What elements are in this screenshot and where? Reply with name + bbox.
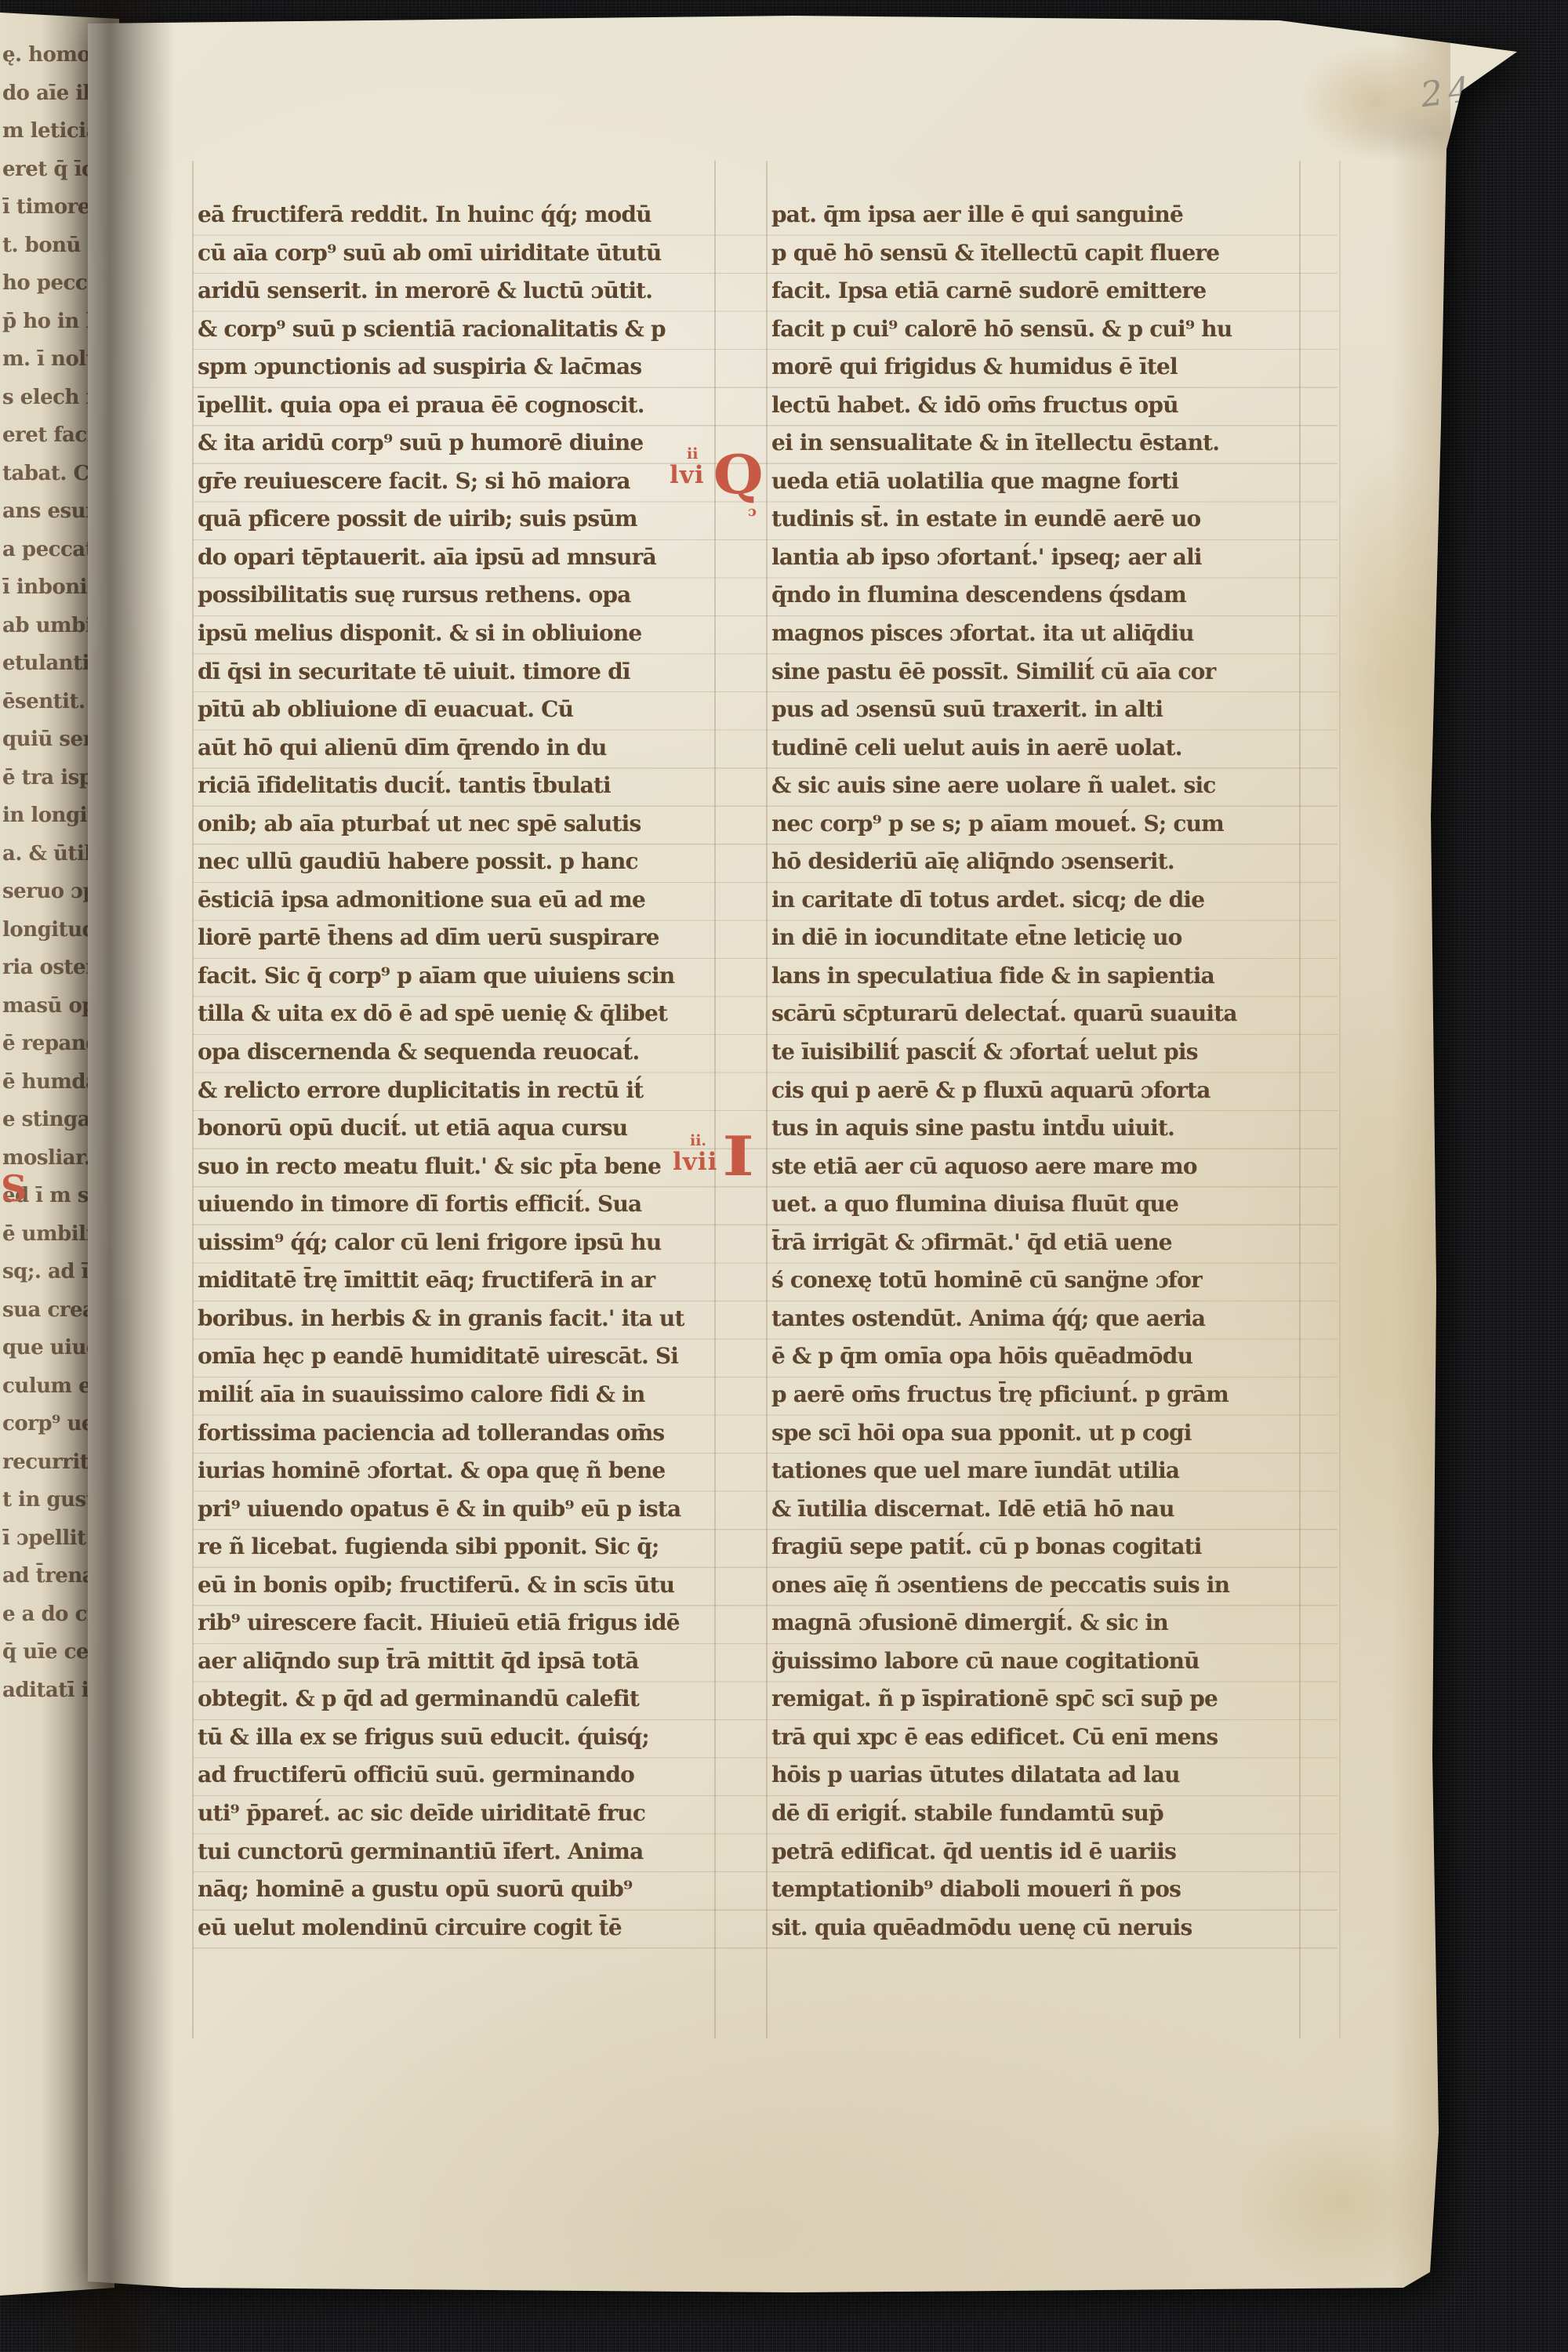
manuscript-text-line: liorē partē t̄hens ad dīm uerū suspirare — [198, 919, 721, 957]
manuscript-text-line: nec ullū gaudiū habere possit. p hanc — [198, 843, 721, 881]
manuscript-text-line: ueda etiā uolatilia que magne forti — [771, 463, 1320, 501]
manuscript-text-line: scārū sc̄pturarū delectat́. quarū suauit… — [771, 995, 1320, 1033]
manuscript-text-line: onib; ab aīa pturbat́ ut nec spē salutis — [198, 805, 721, 844]
manuscript-text-line: lans in speculatiua fide & in sapientia — [771, 957, 1320, 996]
manuscript-text-line: spm ɔpunctionis ad suspiria & lac̄mas — [198, 348, 721, 387]
manuscript-text-line: do opari tēptauerit. aīa ipsū ad mnsurā — [198, 539, 721, 577]
manuscript-text-line: dē dī erigit́. stabile fundamtū sup̄ — [771, 1795, 1320, 1833]
text-column-1: eā fructiferā reddit. In huinc q́q́; mod… — [198, 196, 721, 1947]
text-column-2: pat. q̄m ipsa aer ille ē qui sanguinēp q… — [771, 196, 1320, 1947]
manuscript-text-line: fortissima paciencia ad tollerandas om̄s — [198, 1414, 721, 1453]
manuscript-text-line: g̈uissimo labore cū naue cogitationū — [771, 1642, 1320, 1681]
manuscript-text-line: quā pficere possit de uirib; suis psūm — [198, 500, 721, 539]
manuscript-text-line: opa discernenda & sequenda reuocat́. — [198, 1033, 721, 1072]
manuscript-text-line: dī q̄si in securitate tē uiuit. timore d… — [198, 653, 721, 691]
chapter-marker-lvi-superscript: ii — [687, 445, 698, 463]
manuscript-text-line: nāq; hominē a gustu opū suorū quib⁹ — [198, 1871, 721, 1909]
manuscript-text-line: facit p cui⁹ calorē hō sensū. & p cui⁹ h… — [771, 310, 1320, 349]
manuscript-text-line: facit. Ipsa etiā carnē sudorē emittere — [771, 272, 1320, 310]
manuscript-text-line: uet. a quo flumina diuisa fluūt que — [771, 1185, 1320, 1224]
manuscript-text-line: aūt hō qui alienū dīm q̄rendo in du — [198, 729, 721, 768]
manuscript-text-line: ad fructiferū officiū suū. germinando — [198, 1756, 721, 1795]
manuscript-text-line: sit. quia quēadmōdu uenę cū neruis — [771, 1909, 1320, 1947]
manuscript-text-line: tudinis st̄. in estate in eundē aerē uo — [771, 500, 1320, 539]
manuscript-text-line: aridū senserit. in merorē & luctū ɔūtit. — [198, 272, 721, 310]
manuscript-text-line: & relicto errore duplicitatis in rectū i… — [198, 1072, 721, 1110]
manuscript-text-line: obtegit. & p q̄d ad germinandū calefit — [198, 1680, 721, 1719]
manuscript-text-line: sine pastu ēē possīt. Similit́ cū aīa co… — [771, 653, 1320, 691]
manuscript-text-line: eā fructiferā reddit. In huinc q́q́; mod… — [198, 196, 721, 234]
manuscript-text-line: uiuendo in timore dī fortis efficit́. Su… — [198, 1185, 721, 1224]
manuscript-text-line: re ñ licebat. fugienda sibi pponit. Sic … — [198, 1528, 721, 1566]
red-initial-q: Q — [713, 448, 764, 502]
red-initial-i: I — [722, 1127, 754, 1185]
manuscript-text-line: cis qui p aerē & p fluxū aquarū ɔforta — [771, 1072, 1320, 1110]
manuscript-photo: ę. homo q̄pe qui freqdo aīe ibono opostē… — [0, 0, 1568, 2352]
manuscript-text-line: hōis p uarias ūtutes dilatata ad lau — [771, 1756, 1320, 1795]
manuscript-text-line: omīa hęc p eandē humiditatē uirescāt. Si — [198, 1338, 721, 1376]
manuscript-text-line: cū aīa corp⁹ suū ab omī uiriditate ūtutū — [198, 234, 721, 273]
manuscript-text-line: ste etiā aer cū aquoso aere mare mo — [771, 1148, 1320, 1186]
manuscript-text-line: eū uelut molendinū circuire cogit t̄ē — [198, 1909, 721, 1947]
manuscript-text-line: fragiū sepe patit́. cū p bonas cogitati — [771, 1528, 1320, 1566]
manuscript-text-line: in diē in iocunditate et̄ne leticię uo — [771, 919, 1320, 957]
manuscript-text-line: tus in aquis sine pastu intd̄u uiuit. — [771, 1109, 1320, 1148]
manuscript-text-line: pat. q̄m ipsa aer ille ē qui sanguinē — [771, 196, 1320, 234]
manuscript-text-line: in caritate dī totus ardet. sicq; de die — [771, 881, 1320, 920]
manuscript-text-line: lantia ab ipso ɔfortant́.' ipseq; aer al… — [771, 539, 1320, 577]
manuscript-text-line: milit́ aīa in suauissimo calore fidi & i… — [198, 1376, 721, 1414]
manuscript-text-line: spe scī hōi opa sua pponit. ut p cogi — [771, 1414, 1320, 1453]
manuscript-text-line: uti⁹ p̄paret́. ac sic deīde uiriditatē f… — [198, 1795, 721, 1833]
manuscript-text-line: morē qui frigidus & humidus ē ītel — [771, 348, 1320, 387]
manuscript-text-line: tilla & uita ex dō ē ad spē uenię & q̄li… — [198, 995, 721, 1033]
manuscript-text-line: magnā ɔfusionē dimergit́. & sic in — [771, 1604, 1320, 1642]
manuscript-text-line: ei in sensualitate & in ītellectu ēstant… — [771, 424, 1320, 463]
manuscript-text-line: gr̄e reuiuescere facit. S; si hō maiora — [198, 463, 721, 501]
manuscript-text-line: remigat. ñ p īspirationē spc̄ scī sup̄ p… — [771, 1680, 1320, 1719]
manuscript-text-line: tationes que uel mare īundāt utilia — [771, 1452, 1320, 1490]
manuscript-text-line: facit. Sic q̄ corp⁹ p aīam que uiuiens s… — [198, 957, 721, 996]
manuscript-text-line: pus ad ɔsensū suū traxerit. in alti — [771, 691, 1320, 729]
manuscript-text-line: riciā īfidelitatis ducit́. tantis t̄bula… — [198, 767, 721, 805]
manuscript-text-line: magnos pisces ɔfortat. ita ut aliq̄diu — [771, 615, 1320, 653]
manuscript-text-line: bonorū opū ducit́. ut etiā aqua cursu — [198, 1109, 721, 1148]
manuscript-text-line: tantes ostendūt. Anima q́q́; que aeria — [771, 1300, 1320, 1338]
manuscript-text-line: tū & illa ex se frigus suū educit. q́uis… — [198, 1719, 721, 1757]
manuscript-text-line: īpellit. quia opa ei praua ēē cognoscit. — [198, 387, 721, 425]
manuscript-text-line: tui cunctorū germinantiū īfert. Anima — [198, 1833, 721, 1871]
manuscript-text-line: hō desideriū aīę aliq̄ndo ɔsenserit. — [771, 843, 1320, 881]
speck — [1458, 1820, 1466, 1833]
manuscript-text-line: pītū ab obliuione dī euacuat. Cū — [198, 691, 721, 729]
ruling-line-col2-left — [766, 161, 768, 2038]
manuscript-text-line: rib⁹ uirescere facit. Hiuieū etiā frigus… — [198, 1604, 721, 1642]
red-tie-mark: ɔ — [748, 503, 757, 520]
manuscript-text-line: & sic auis sine aere uolare ñ ualet. sic — [771, 767, 1320, 805]
manuscript-page: eā fructiferā reddit. In huinc q́q́; mod… — [88, 16, 1537, 2296]
manuscript-text-line: tudinē celi uelut auis in aerē uolat. — [771, 729, 1320, 768]
manuscript-text-line: t̄rā irrigāt & ɔfirmāt.' q̄d etiā uene — [771, 1224, 1320, 1262]
chapter-marker-lvi: lvi ii — [670, 461, 705, 489]
manuscript-text-line: ones aīę ñ ɔsentiens de peccatis suis in — [771, 1566, 1320, 1605]
manuscript-text-line: q̄ndo in flumina descendens q́sdam — [771, 576, 1320, 615]
ruling-line-outer — [1339, 161, 1341, 2038]
manuscript-text-line: p aerē om̄s fructus t̄rę pficiunt́. p gr… — [771, 1376, 1320, 1414]
manuscript-text-line: possibilitatis suę rursus rethens. opa — [198, 576, 721, 615]
manuscript-text-line: pri⁹ uiuendo opatus ē & in quib⁹ eū p is… — [198, 1490, 721, 1529]
manuscript-text-line: suo in recto meatu fluit.' & sic pt̄a be… — [198, 1148, 721, 1186]
chapter-marker-lvii-text: lvii — [673, 1148, 717, 1176]
manuscript-text-line: aer aliq̄ndo sup t̄rā mittit q̄d ipsā to… — [198, 1642, 721, 1681]
manuscript-text-line: te īuisibilit́ pascit́ & ɔfortat́ uelut … — [771, 1033, 1320, 1072]
manuscript-text-line: ś conexę totū hominē cū sang̈ne ɔfor — [771, 1261, 1320, 1300]
manuscript-text-line: ipsū melius disponit. & si in obliuione — [198, 615, 721, 653]
manuscript-text-line: boribus. in herbis & in granis facit.' i… — [198, 1300, 721, 1338]
manuscript-text-line: eū in bonis opib; fructiferū. & in scīs … — [198, 1566, 721, 1605]
manuscript-text-line: petrā edificat. q̄d uentis id ē uariis — [771, 1833, 1320, 1871]
manuscript-text-line: iurias hominē ɔfortat. & opa quę ñ bene — [198, 1452, 721, 1490]
chapter-marker-lvii-superscript: ii. — [690, 1132, 706, 1149]
fore-edge-shading — [1380, 16, 1450, 2296]
manuscript-text-line: p quē hō sensū & ītellectū capit fluere — [771, 234, 1320, 273]
chapter-marker-lvii: lvii ii. — [673, 1148, 717, 1176]
manuscript-text-line: nec corp⁹ p se s; p aīam mouet́. S; cum — [771, 805, 1320, 844]
facing-page-red-initial: S — [1, 1171, 27, 1207]
manuscript-text-line: trā qui xpc ē eas edificet. Cū enī mens — [771, 1719, 1320, 1757]
manuscript-text-line: & īutilia discernat. Idē etiā hō nau — [771, 1490, 1320, 1529]
manuscript-text-line: uissim⁹ q́q́; calor cū leni frigore ipsū… — [198, 1224, 721, 1262]
ruling-line-col1-left — [192, 161, 194, 2038]
manuscript-text-line: ē & p q̄m omīa opa hōis quēadmōdu — [771, 1338, 1320, 1376]
manuscript-text-line: & corp⁹ suū p scientiā racionalitatis & … — [198, 310, 721, 349]
manuscript-text-line: & ita aridū corp⁹ suū p humorē diuine — [198, 424, 721, 463]
chapter-marker-lvi-text: lvi — [670, 461, 705, 489]
manuscript-text-line: ēsticiā ipsa admonitione sua eū ad me — [198, 881, 721, 920]
manuscript-text-line: miditatē t̄rę īmittit eāq; fructiferā in… — [198, 1261, 721, 1300]
manuscript-text-line: temptationib⁹ diaboli moueri ñ pos — [771, 1871, 1320, 1909]
manuscript-text-line: lectū habet. & idō om̄s fructus opū — [771, 387, 1320, 425]
